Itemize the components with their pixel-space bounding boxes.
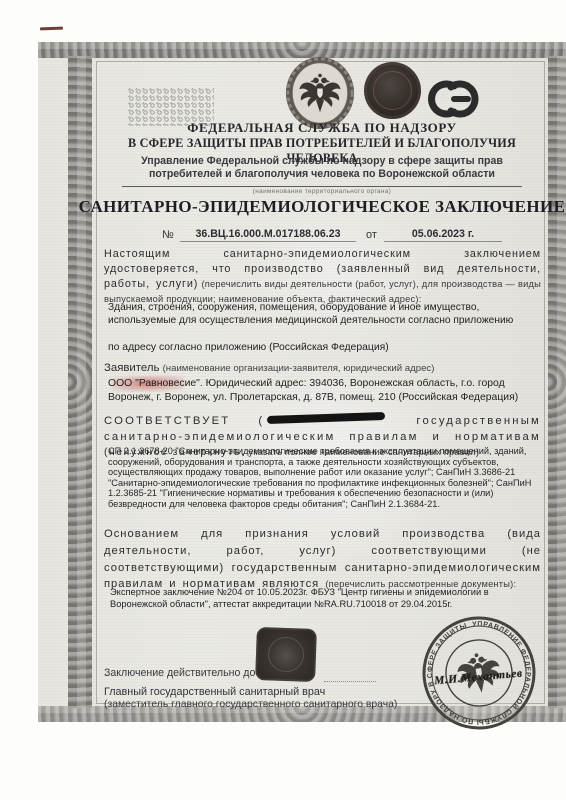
square-ink-stamp [255, 627, 317, 682]
territorial-department: Управление Федеральной службы по надзору… [104, 155, 540, 180]
expert-conclusion-text: Экспертное заключение №204 от 10.05.2023… [110, 587, 538, 610]
se-logo-icon [424, 78, 480, 120]
department-caption: (наименование территориального органа) [104, 188, 540, 195]
declared-activity-text: Здания, строения, сооружения, помещения,… [108, 301, 538, 327]
intro-paragraph: Настоящим санитарно-эпидемиологическим з… [104, 247, 541, 307]
date-from-label: от [366, 229, 377, 241]
scanned-certificate-screenshot: { "doc": { "header": { "agency_line1": "… [0, 0, 566, 800]
chief-doctor-line2: (заместитель главного государственного с… [104, 699, 464, 710]
chief-doctor-line1: Главный государственный санитарный врач [104, 686, 454, 698]
document-title: САНИТАРНО-ЭПИДЕМИОЛОГИЧЕСКОЕ ЗАКЛЮЧЕНИЕ [78, 197, 566, 217]
guilloche-border-right [548, 56, 566, 708]
number-label: № [162, 229, 174, 241]
dark-round-stamp [364, 62, 421, 119]
valid-until-line [324, 681, 376, 682]
address-text: по адресу согласно приложению (Российска… [108, 342, 538, 353]
applicant-caption: (наименование организации-заявителя, юри… [163, 363, 435, 374]
agency-name-line1: ФЕДЕРАЛЬНАЯ СЛУЖБА ПО НАДЗОРУ [102, 120, 542, 136]
applicant-label: Заявитель [104, 362, 159, 374]
applicant-text: ООО "Равновесие". Юридический адрес: 394… [108, 377, 540, 404]
certificate-page: ФЕДЕРАЛЬНАЯ СЛУЖБА ПО НАДЗОРУ В СФЕРЕ ЗА… [38, 42, 566, 722]
conforms-word: СООТВЕТСТВУЕТ ( [104, 415, 264, 427]
black-redaction-bar [267, 412, 385, 424]
applicant-label-line: Заявитель (наименование организации-заяв… [104, 362, 541, 374]
scan-artifact-dash [40, 27, 63, 31]
certificate-number: 36.ВЦ.16.000.М.017188.06.23 [180, 228, 356, 242]
guilloche-border-left [68, 56, 92, 708]
department-underline [122, 186, 522, 187]
basis-paragraph: Основанием для признания условий произво… [104, 526, 541, 593]
regulations-list: СП 2.1.3678-20 "Санитарно-эпидемиологиче… [108, 446, 545, 509]
certificate-date: 05.06.2023 г. [384, 228, 502, 242]
